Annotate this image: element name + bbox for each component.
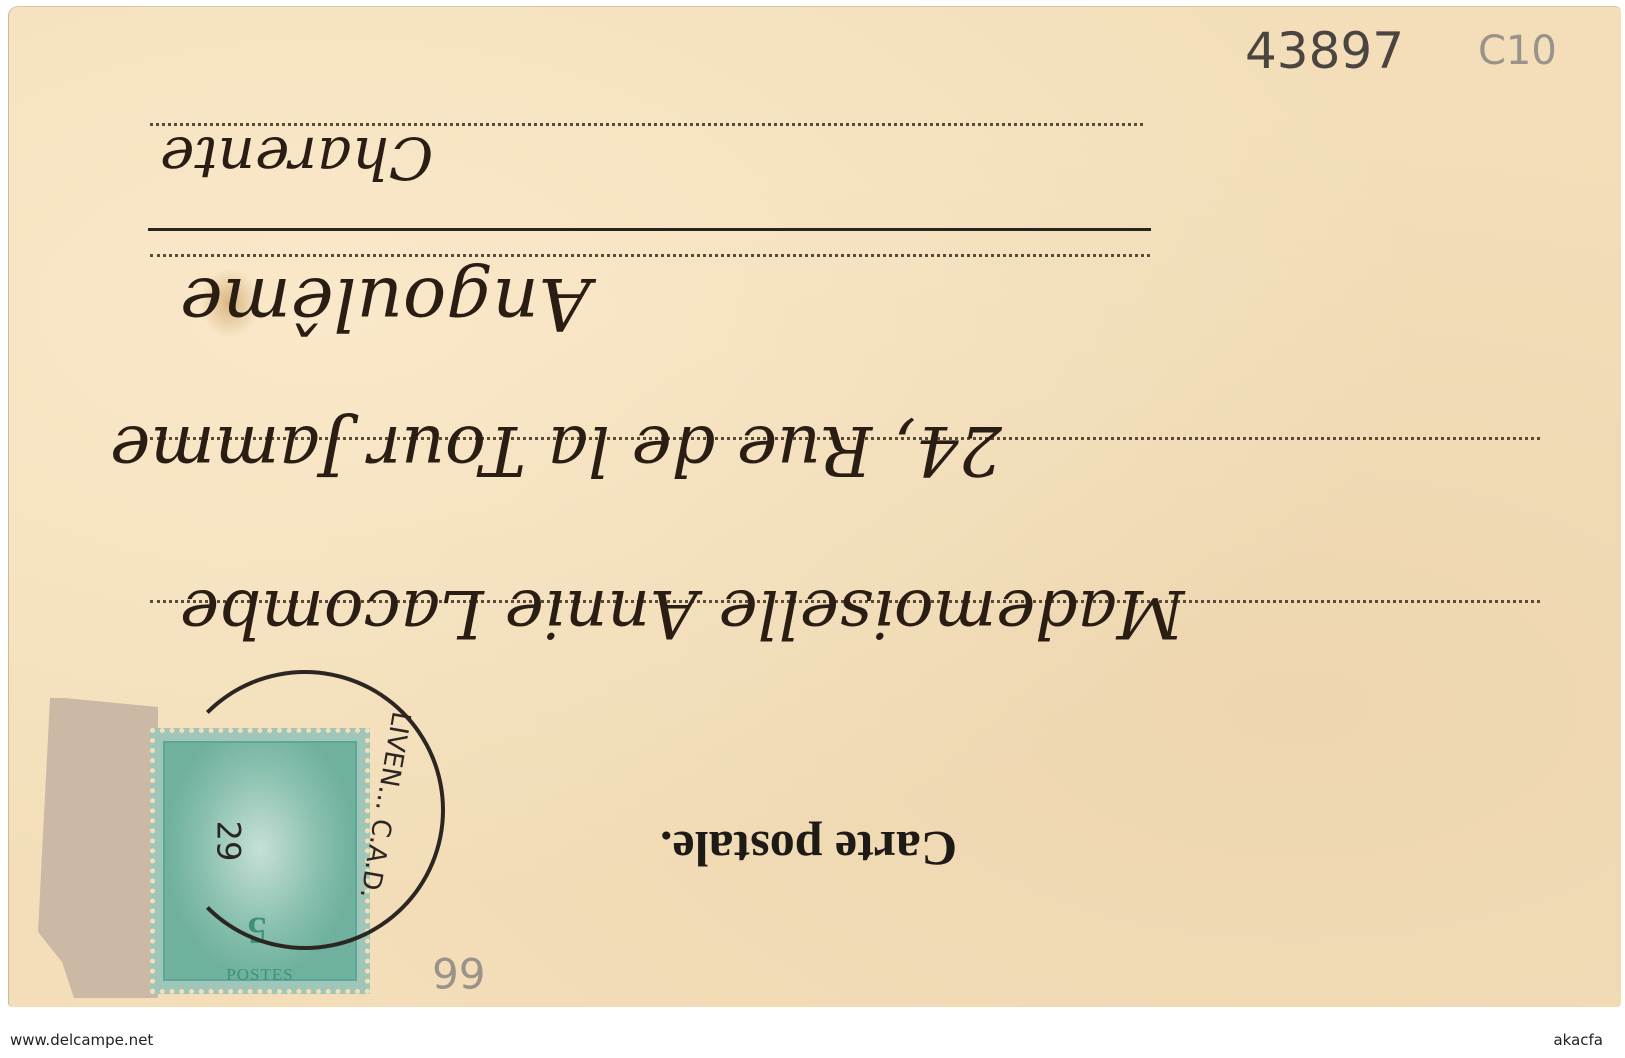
stamp-selvage (38, 698, 158, 998)
stamp-label: POSTES (155, 965, 365, 985)
pencil-note-bottom: 66 (432, 948, 485, 997)
address-divider (148, 228, 1151, 231)
address-street: 24, Rue de la Tour Jamme (110, 410, 1002, 489)
address-line-2 (150, 254, 1150, 257)
pencil-note-top: C10 (1478, 28, 1557, 74)
address-name: Mademoiselle Annie Lacombe (180, 575, 1184, 652)
address-region: Charente (160, 124, 433, 192)
printed-title: Carte postale. (660, 820, 957, 878)
postmark-date: 29 (209, 821, 247, 862)
watermark-link[interactable]: www.delcampe.net (10, 1031, 153, 1049)
address-city: Angoulême (180, 262, 591, 346)
inventory-number: 43897 (1245, 22, 1404, 80)
seller-name: akacfa (1553, 1031, 1603, 1049)
